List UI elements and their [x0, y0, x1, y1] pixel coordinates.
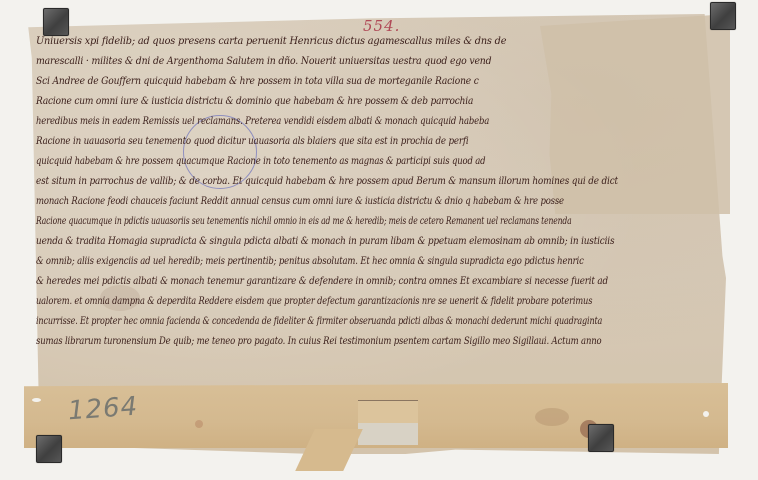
- folio-number: 554.: [363, 17, 400, 35]
- pencil-shelfmark: 1264: [67, 392, 139, 427]
- parchment-hole: [703, 411, 709, 417]
- text-line: incurrisse. Et propter hec omnia faciend…: [36, 315, 602, 327]
- parchment-hole: [32, 398, 41, 402]
- text-line: quicquid habebam & hre possem quacumque …: [36, 155, 485, 167]
- magnet-bottom-left: [36, 435, 62, 463]
- magnet-top-left: [43, 8, 69, 36]
- text-line: Racione cum omni iure & iusticia distric…: [36, 95, 473, 107]
- text-line: Racione quacumque in pdictis uauasoriis …: [36, 215, 572, 227]
- magnet-top-right: [710, 2, 736, 30]
- text-line: & heredes mei pdictis albati & monach te…: [36, 275, 608, 287]
- text-line: est situm in parrochus de vallib; & de c…: [36, 175, 618, 187]
- seal-tag-remnant: [358, 423, 418, 445]
- magnet-bottom-right: [588, 424, 614, 452]
- text-line: heredibus meis in eadem Remissis uel rec…: [36, 115, 489, 127]
- text-line: Racione in uauasoria seu tenemento quod …: [36, 135, 469, 147]
- text-line: marescalli · milites & dni de Argenthoma…: [36, 55, 491, 67]
- text-line: monach Racione feodi chauceis faciunt Re…: [36, 195, 564, 207]
- text-line: uenda & tradita Homagia supradicta & sin…: [36, 235, 614, 247]
- stain: [195, 420, 203, 428]
- text-line: & omnib; aliis exigenciis ad uel heredib…: [36, 255, 584, 267]
- stain: [535, 408, 569, 426]
- text-line: ualorem. et omnia dampna & deperdita Red…: [36, 295, 592, 307]
- text-line: Uniuersis xpi fidelib; ad quos presens c…: [36, 35, 506, 47]
- text-line: sumas librarum turonensium De quib; me t…: [36, 335, 601, 347]
- text-line: Sci Andree de Gouffern quicquid habebam …: [36, 75, 479, 87]
- seal-tag-slit: [358, 400, 418, 425]
